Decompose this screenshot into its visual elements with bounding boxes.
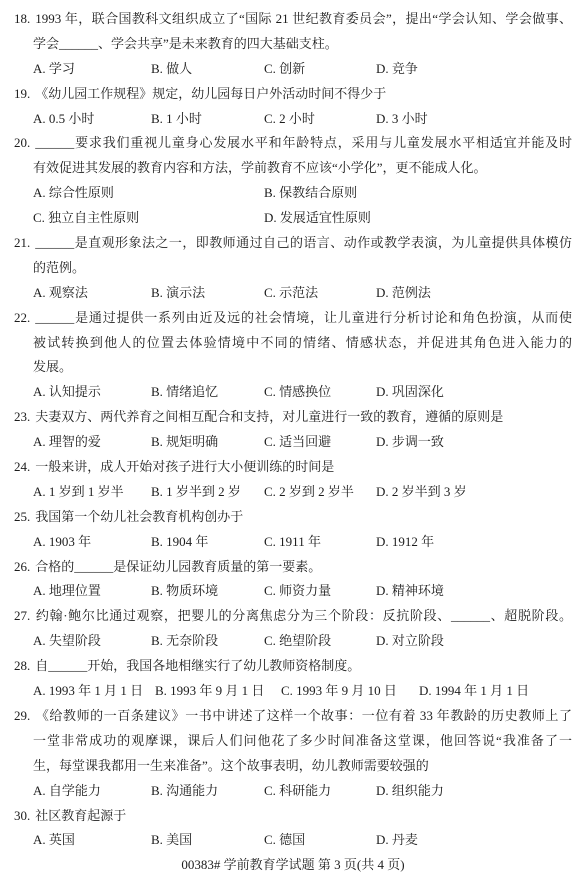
stem-text: ______是通过提供一系列由近及远的社会情境，让儿童进行分析讨论和角色扮演，从…	[35, 310, 572, 325]
question-19: 19.《幼儿园工作规程》规定，幼儿园每日户外活动时间不得少于 A. 0.5 小时…	[14, 82, 572, 132]
stem-line: 28.自______开始，我国各地相继实行了幼儿教师资格制度。	[14, 654, 572, 679]
stem-text: 社区教育起源于	[35, 808, 126, 823]
option-a: A. 理智的爱	[33, 430, 101, 455]
option-a: A. 0.5 小时	[33, 107, 94, 132]
option-c: C. 独立自主性原则	[33, 206, 139, 231]
options-row: A. 观察法 B. 演示法 C. 示范法 D. 范例法	[14, 281, 572, 306]
option-d: D. 巩固深化	[376, 380, 444, 405]
stem-line: 的范例。	[14, 256, 572, 281]
option-d: D. 3 小时	[376, 107, 428, 132]
question-number: 29.	[14, 708, 30, 723]
options-row: A. 1 岁到 1 岁半 B. 1 岁半到 2 岁 C. 2 岁到 2 岁半 D…	[14, 480, 572, 505]
stem-line: 生，每堂课我都用一生来准备”。这个故事表明，幼儿教师需要较强的	[14, 754, 572, 779]
options-row: A. 认知提示 B. 情绪追忆 C. 情感换位 D. 巩固深化	[14, 380, 572, 405]
option-c: C. 2 小时	[264, 107, 315, 132]
stem-text: 合格的______是保证幼儿园教育质量的第一要素。	[35, 559, 321, 574]
option-a: A. 自学能力	[33, 779, 101, 804]
stem-line: 27.约翰·鲍尔比通过观察，把婴儿的分离焦虑分为三个阶段：反抗阶段、______…	[14, 604, 572, 629]
question-26: 26.合格的______是保证幼儿园教育质量的第一要素。 A. 地理位置 B. …	[14, 555, 572, 605]
options-row: C. 独立自主性原则 D. 发展适宜性原则	[14, 206, 572, 231]
stem-line: 20.______要求我们重视儿童身心发展水平和年龄特点，采用与儿童发展水平相适…	[14, 131, 572, 156]
question-number: 30.	[14, 808, 30, 823]
stem-text: 1993 年，联合国教科文组织成立了“国际 21 世纪教育委员会”，提出“学会认…	[35, 11, 572, 26]
stem-line: 有效促进其发展的教育内容和方法，学前教育不应该“小学化”，更不能成人化。	[14, 156, 572, 181]
options-row: A. 1903 年 B. 1904 年 C. 1911 年 D. 1912 年	[14, 530, 572, 555]
option-c: C. 适当回避	[264, 430, 331, 455]
stem-text: 《给教师的一百条建议》一书中讲述了这样一个故事：一位有着 33 年教龄的历史教师…	[35, 708, 572, 723]
question-29: 29.《给教师的一百条建议》一书中讲述了这样一个故事：一位有着 33 年教龄的历…	[14, 704, 572, 804]
stem-text: 被试转换到他人的位置去体验情境中不同的情绪、情感状态，并促进其角色进入能力的	[33, 335, 572, 350]
stem-text: 一般来讲，成人开始对孩子进行大小便训练的时间是	[35, 459, 334, 474]
option-d: D. 2 岁半到 3 岁	[376, 480, 467, 505]
option-c: C. 1993 年 9 月 10 日	[281, 679, 397, 704]
option-b: B. 无奈阶段	[151, 629, 218, 654]
question-number: 22.	[14, 310, 30, 325]
options-row: A. 地理位置 B. 物质环境 C. 师资力量 D. 精神环境	[14, 579, 572, 604]
option-b: B. 情绪追忆	[151, 380, 218, 405]
option-b: B. 演示法	[151, 281, 205, 306]
option-a: A. 1993 年 1 月 1 日	[33, 679, 143, 704]
stem-text: 的范例。	[33, 260, 85, 275]
options-row: A. 学习 B. 做人 C. 创新 D. 竞争	[14, 57, 572, 82]
stem-line: 26.合格的______是保证幼儿园教育质量的第一要素。	[14, 555, 572, 580]
option-b: B. 保教结合原则	[264, 181, 357, 206]
option-b: B. 1993 年 9 月 1 日	[155, 679, 264, 704]
option-a: A. 综合性原则	[33, 181, 114, 206]
stem-text: 有效促进其发展的教育内容和方法，学前教育不应该“小学化”，更不能成人化。	[33, 160, 487, 175]
question-number: 28.	[14, 658, 30, 673]
question-25: 25.我国第一个幼儿社会教育机构创办于 A. 1903 年 B. 1904 年 …	[14, 505, 572, 555]
option-c: C. 师资力量	[264, 579, 331, 604]
option-b: B. 沟通能力	[151, 779, 218, 804]
exam-page: 18.1993 年，联合国教科文组织成立了“国际 21 世纪教育委员会”，提出“…	[0, 0, 585, 878]
stem-text: ______要求我们重视儿童身心发展水平和年龄特点，采用与儿童发展水平相适宜并能…	[35, 135, 572, 150]
option-a: A. 观察法	[33, 281, 88, 306]
option-d: D. 1994 年 1 月 1 日	[419, 679, 529, 704]
question-number: 27.	[14, 608, 30, 623]
option-b: B. 美国	[151, 828, 192, 853]
option-a: A. 1903 年	[33, 530, 91, 555]
options-row: A. 0.5 小时 B. 1 小时 C. 2 小时 D. 3 小时	[14, 107, 572, 132]
option-b: B. 1 小时	[151, 107, 202, 132]
option-a: A. 认知提示	[33, 380, 101, 405]
option-b: B. 1904 年	[151, 530, 208, 555]
option-c: C. 德国	[264, 828, 305, 853]
option-d: D. 丹麦	[376, 828, 418, 853]
options-row: A. 综合性原则 B. 保教结合原则	[14, 181, 572, 206]
question-23: 23.夫妻双方、两代养育之间相互配合和支持，对儿童进行一致的教育，遵循的原则是 …	[14, 405, 572, 455]
stem-line: 25.我国第一个幼儿社会教育机构创办于	[14, 505, 572, 530]
stem-line: 19.《幼儿园工作规程》规定，幼儿园每日户外活动时间不得少于	[14, 82, 572, 107]
option-b: B. 做人	[151, 57, 192, 82]
stem-text: ______是直观形象法之一，即教师通过自己的语言、动作或教学表演，为儿童提供具…	[35, 235, 572, 250]
page-footer: 00383# 学前教育学试题 第 3 页(共 4 页)	[14, 853, 572, 878]
stem-text: 我国第一个幼儿社会教育机构创办于	[35, 509, 243, 524]
options-row: A. 自学能力 B. 沟通能力 C. 科研能力 D. 组织能力	[14, 779, 572, 804]
question-22: 22.______是通过提供一系列由近及远的社会情境，让儿童进行分析讨论和角色扮…	[14, 306, 572, 406]
options-row: A. 1993 年 1 月 1 日 B. 1993 年 9 月 1 日 C. 1…	[14, 679, 572, 704]
question-28: 28.自______开始，我国各地相继实行了幼儿教师资格制度。 A. 1993 …	[14, 654, 572, 704]
option-d: D. 1912 年	[376, 530, 434, 555]
stem-text: 夫妻双方、两代养育之间相互配合和支持，对儿童进行一致的教育，遵循的原则是	[35, 409, 503, 424]
question-number: 24.	[14, 459, 30, 474]
stem-line: 发展。	[14, 355, 572, 380]
option-d: D. 对立阶段	[376, 629, 444, 654]
option-a: A. 学习	[33, 57, 75, 82]
stem-line: 30.社区教育起源于	[14, 804, 572, 829]
stem-text: 约翰·鲍尔比通过观察，把婴儿的分离焦虑分为三个阶段：反抗阶段、______、超脱…	[35, 608, 572, 623]
option-c: C. 情感换位	[264, 380, 331, 405]
option-d: D. 范例法	[376, 281, 431, 306]
stem-line: 被试转换到他人的位置去体验情境中不同的情绪、情感状态，并促进其角色进入能力的	[14, 331, 572, 356]
option-b: B. 物质环境	[151, 579, 218, 604]
stem-line: 22.______是通过提供一系列由近及远的社会情境，让儿童进行分析讨论和角色扮…	[14, 306, 572, 331]
stem-text: 自______开始，我国各地相继实行了幼儿教师资格制度。	[35, 658, 360, 673]
option-d: D. 精神环境	[376, 579, 444, 604]
options-row: A. 失望阶段 B. 无奈阶段 C. 绝望阶段 D. 对立阶段	[14, 629, 572, 654]
question-number: 21.	[14, 235, 30, 250]
stem-text: 一堂非常成功的观摩课，课后人们问他花了多少时间准备这堂课，他回答说“我准备了一	[33, 733, 572, 748]
option-b: B. 1 岁半到 2 岁	[151, 480, 241, 505]
question-number: 19.	[14, 86, 30, 101]
question-24: 24.一般来讲，成人开始对孩子进行大小便训练的时间是 A. 1 岁到 1 岁半 …	[14, 455, 572, 505]
question-27: 27.约翰·鲍尔比通过观察，把婴儿的分离焦虑分为三个阶段：反抗阶段、______…	[14, 604, 572, 654]
stem-line: 24.一般来讲，成人开始对孩子进行大小便训练的时间是	[14, 455, 572, 480]
question-number: 23.	[14, 409, 30, 424]
option-c: C. 科研能力	[264, 779, 331, 804]
stem-text: 学会______、学会共享”是未来教育的四大基础支柱。	[33, 36, 338, 51]
question-number: 18.	[14, 11, 30, 26]
option-a: A. 失望阶段	[33, 629, 101, 654]
stem-line: 18.1993 年，联合国教科文组织成立了“国际 21 世纪教育委员会”，提出“…	[14, 7, 572, 32]
question-21: 21.______是直观形象法之一，即教师通过自己的语言、动作或教学表演，为儿童…	[14, 231, 572, 306]
option-c: C. 示范法	[264, 281, 318, 306]
stem-line: 21.______是直观形象法之一，即教师通过自己的语言、动作或教学表演，为儿童…	[14, 231, 572, 256]
options-row: A. 理智的爱 B. 规矩明确 C. 适当回避 D. 步调一致	[14, 430, 572, 455]
stem-line: 23.夫妻双方、两代养育之间相互配合和支持，对儿童进行一致的教育，遵循的原则是	[14, 405, 572, 430]
question-number: 26.	[14, 559, 30, 574]
question-30: 30.社区教育起源于 A. 英国 B. 美国 C. 德国 D. 丹麦	[14, 804, 572, 854]
option-c: C. 创新	[264, 57, 305, 82]
option-a: A. 英国	[33, 828, 75, 853]
option-a: A. 1 岁到 1 岁半	[33, 480, 124, 505]
stem-line: 学会______、学会共享”是未来教育的四大基础支柱。	[14, 32, 572, 57]
option-d: D. 竞争	[376, 57, 418, 82]
option-c: C. 1911 年	[264, 530, 321, 555]
options-row: A. 英国 B. 美国 C. 德国 D. 丹麦	[14, 828, 572, 853]
option-c: C. 2 岁到 2 岁半	[264, 480, 354, 505]
option-a: A. 地理位置	[33, 579, 101, 604]
stem-line: 29.《给教师的一百条建议》一书中讲述了这样一个故事：一位有着 33 年教龄的历…	[14, 704, 572, 729]
question-number: 25.	[14, 509, 30, 524]
option-d: D. 步调一致	[376, 430, 444, 455]
stem-line: 一堂非常成功的观摩课，课后人们问他花了多少时间准备这堂课，他回答说“我准备了一	[14, 729, 572, 754]
option-d: D. 组织能力	[376, 779, 444, 804]
stem-text: 发展。	[33, 359, 72, 374]
stem-text: 生，每堂课我都用一生来准备”。这个故事表明，幼儿教师需要较强的	[33, 758, 429, 773]
option-c: C. 绝望阶段	[264, 629, 331, 654]
stem-text: 《幼儿园工作规程》规定，幼儿园每日户外活动时间不得少于	[35, 86, 386, 101]
question-number: 20.	[14, 135, 30, 150]
question-18: 18.1993 年，联合国教科文组织成立了“国际 21 世纪教育委员会”，提出“…	[14, 7, 572, 82]
question-20: 20.______要求我们重视儿童身心发展水平和年龄特点，采用与儿童发展水平相适…	[14, 131, 572, 231]
option-b: B. 规矩明确	[151, 430, 218, 455]
option-d: D. 发展适宜性原则	[264, 206, 371, 231]
